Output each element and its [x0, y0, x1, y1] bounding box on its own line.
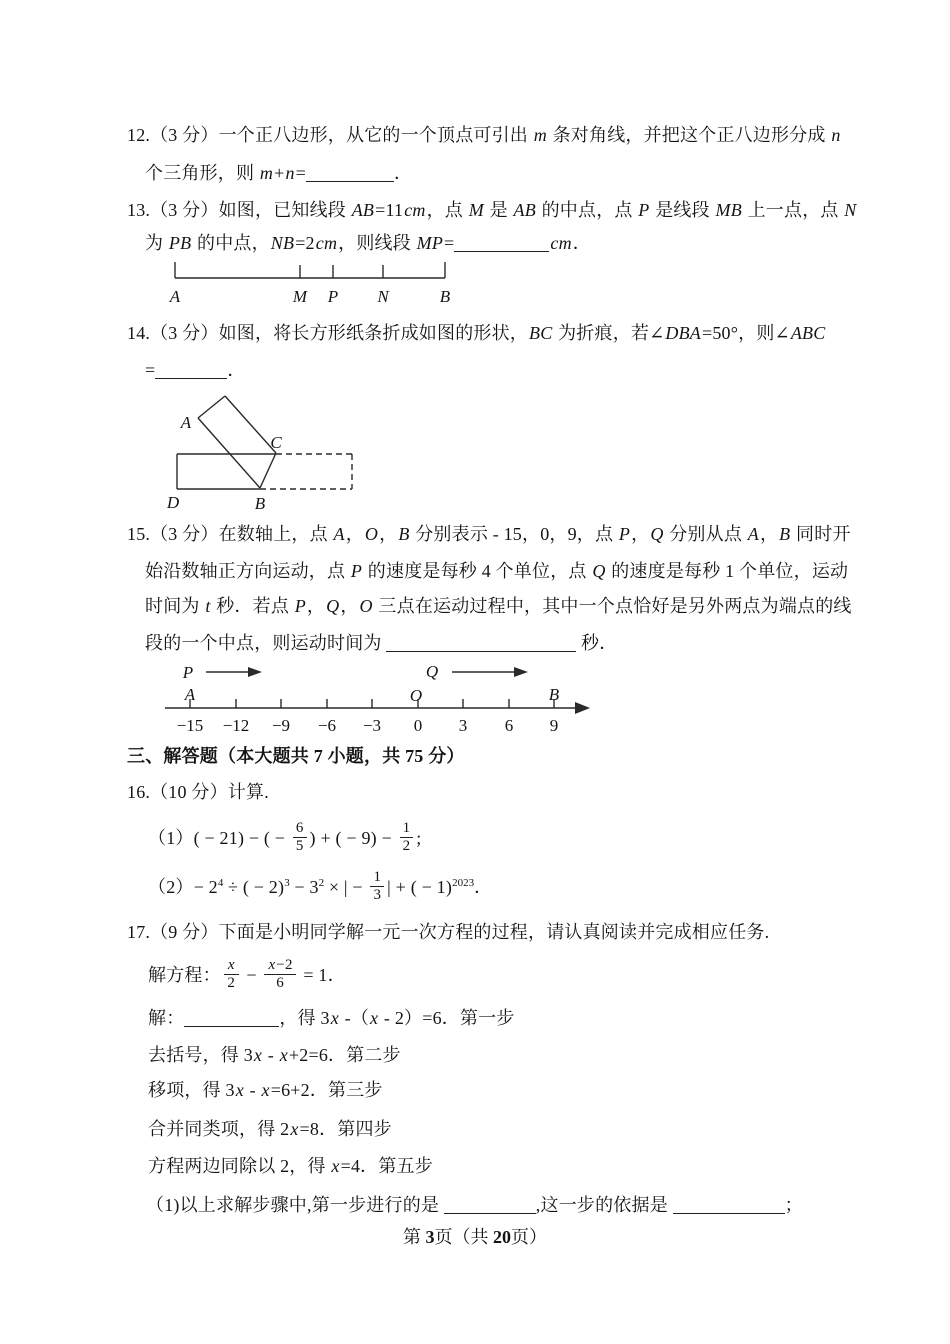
question-14-line-2: =．	[145, 357, 246, 383]
question-17-step-2: 去括号，得 3x - x+2=6．第二步	[148, 1042, 401, 1068]
fig15-label-q: Q	[426, 662, 438, 681]
answer-blank	[673, 1196, 785, 1214]
question-16-heading: 16.（10 分）计算.	[127, 779, 269, 805]
question-17-step-3: 移项，得 3x - x=6+2．第三步	[148, 1077, 383, 1103]
question-16-part-2: （2）− 24 ÷ ( − 2)3 − 32 × | − 13| + ( − 1…	[148, 864, 492, 910]
fig13-label-a: A	[169, 287, 181, 306]
question-17-step-5: 方程两边同除以 2，得 x=4．第五步	[148, 1153, 433, 1179]
fig13-label-p: P	[327, 287, 338, 306]
fig15-tick: 9	[550, 716, 559, 735]
question-15-line-1: 15.（3 分）在数轴上，点 A，O，B 分别表示 - 15，0，9，点 P，Q…	[127, 521, 851, 547]
fig15-tick: 6	[505, 716, 514, 735]
fig15-label-p: P	[182, 663, 193, 682]
section-3-heading: 三、解答题（本大题共 7 小题，共 75 分）	[127, 743, 465, 769]
question-17-task-1: （1)以上求解步骤中,第一步进行的是 ,这一步的依据是 ；	[146, 1192, 803, 1218]
question-17-heading: 17.（9 分）下面是小明同学解一元一次方程的过程，请认真阅读并完成相应任务.	[127, 919, 769, 945]
fig15-q-arrowhead	[514, 667, 528, 677]
fig13-label-b: B	[440, 287, 451, 306]
question-14-line-1: 14.（3 分）如图，将长方形纸条折成如图的形状，BC 为折痕，若∠DBA=50…	[127, 320, 826, 346]
answer-blank	[306, 164, 394, 182]
fig15-tick: 0	[414, 716, 423, 735]
fig15-tick: −3	[363, 716, 381, 735]
question-15-line-2: 始沿数轴正方向运动，点 P 的速度是每秒 4 个单位，点 Q 的速度是每秒 1 …	[145, 558, 848, 584]
figure-number-line: P Q A O B	[158, 655, 598, 745]
fig14-label-a: A	[180, 413, 192, 432]
page-footer: 第 3页（共 20页）	[0, 1224, 950, 1250]
question-12-line-2: 个三角形，则 m+n=．	[145, 160, 412, 186]
fig15-label-o: O	[410, 686, 422, 705]
answer-blank	[184, 1009, 279, 1027]
question-15-line-3: 时间为 t 秒．若点 P，Q，O 三点在运动过程中，其中一个点恰好是另外两点为端…	[145, 593, 852, 619]
fig14-label-c: C	[270, 433, 282, 452]
fig14-label-d: D	[166, 493, 180, 512]
answer-blank	[444, 1196, 536, 1214]
answer-blank	[454, 234, 549, 252]
question-17-step-4: 合并同类项，得 2x=8．第四步	[148, 1116, 392, 1142]
answer-blank	[386, 634, 576, 652]
figure-folded-strip: A C D B	[148, 386, 378, 519]
fig15-tick: −15	[177, 716, 204, 735]
question-15-line-4: 段的一个中点，则运动时间为 秒．	[145, 630, 617, 656]
exam-page: 12.（3 分）一个正八边形，从它的一个顶点可引出 m 条对角线，并把这个正八边…	[0, 0, 950, 1344]
fig13-label-m: M	[292, 287, 308, 306]
fig15-tick: −12	[223, 716, 250, 735]
question-16-part-1: （1）( − 21) − ( − 65) + ( − 9) − 12;	[148, 815, 422, 861]
fig14-label-b: B	[255, 494, 266, 513]
question-17-step-1: 解：，得 3x -（x - 2）=6．第一步	[148, 1005, 515, 1031]
fig15-tick: −6	[318, 716, 336, 735]
question-12-line-1: 12.（3 分）一个正八边形，从它的一个顶点可引出 m 条对角线，并把这个正八边…	[127, 122, 842, 148]
answer-blank	[155, 361, 227, 379]
fig13-label-n: N	[376, 287, 390, 306]
question-17-equation: 解方程：x2 − x−26 = 1．	[148, 952, 346, 998]
fig15-axis-arrowhead	[575, 702, 590, 714]
fig15-p-arrowhead	[248, 667, 262, 677]
fig15-tick: 3	[459, 716, 468, 735]
question-13-line-2: 为 PB 的中点，NB=2cm，则线段 MP=cm．	[145, 230, 591, 256]
figure-segment-ampnb: A M P N B	[158, 258, 468, 315]
question-13-line-1: 13.（3 分）如图，已知线段 AB=11cm，点 M 是 AB 的中点，点 P…	[127, 197, 858, 223]
fig15-tick: −9	[272, 716, 290, 735]
